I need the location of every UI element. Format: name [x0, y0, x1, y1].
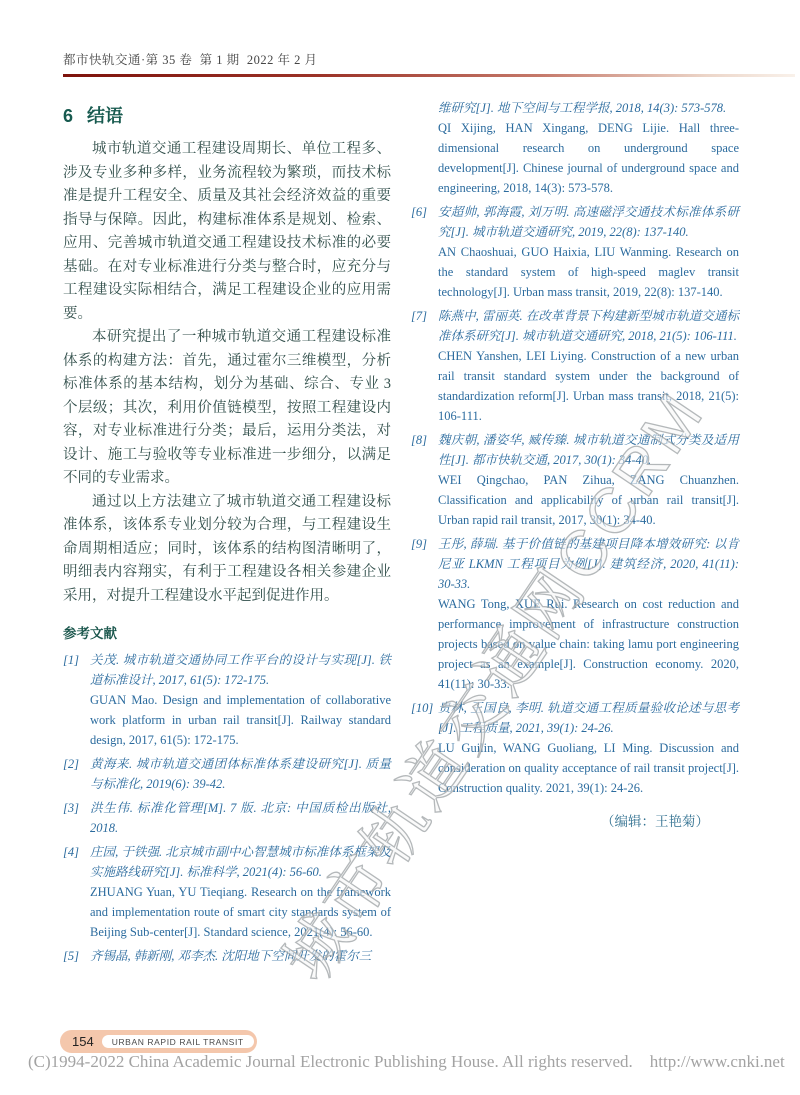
reference-item-continuation: 维研究[J]. 地下空间与工程学报, 2018, 14(3): 573-578.…: [411, 98, 739, 198]
reference-number: [3]: [63, 798, 90, 838]
reference-text: 魏庆朝, 潘姿华, 臧传臻. 城市轨道交通制式分类及适用性[J]. 都市快轨交通…: [438, 430, 739, 530]
reference-text-en: QI Xijing, HAN Xingang, DENG Lijie. Hall…: [438, 118, 739, 198]
reference-number: [4]: [63, 842, 90, 942]
section-number: 6: [63, 106, 73, 126]
reference-text-en: WEI Qingchao, PAN Zihua, ZANG Chuanzhen.…: [438, 470, 739, 530]
reference-text: 陈燕中, 雷丽英. 在改革背景下构建新型城市轨道交通标准体系研究[J]. 城市轨…: [438, 306, 739, 426]
reference-number: [10]: [411, 698, 438, 798]
reference-text-zh: 洪生伟. 标准化管理[M]. 7 版. 北京: 中国质检出版社, 2018.: [90, 798, 391, 838]
reference-text: 齐锡晶, 韩新刚, 邓李杰. 沈阳地下空间开发的霍尔三: [90, 946, 391, 966]
reference-text-zh: 王彤, 薛瑞. 基于价值链的基建项目降本增效研究: 以肯尼亚 LKMN 工程项目…: [438, 534, 739, 594]
reference-item: [8] 魏庆朝, 潘姿华, 臧传臻. 城市轨道交通制式分类及适用性[J]. 都市…: [411, 430, 739, 530]
reference-item: [6] 安超帅, 郭海霞, 刘万明. 高速磁浮交通技术标准体系研究[J]. 城市…: [411, 202, 739, 302]
reference-text-zh: 贵林, 王国良, 李明. 轨道交通工程质量验收论述与思考[J]. 工程质量, 2…: [438, 698, 739, 738]
reference-text-en: WANG Tong, XUE Rui. Research on cost red…: [438, 594, 739, 694]
reference-item: [1] 关茂. 城市轨道交通协同工作平台的设计与实现[J]. 铁道标准设计, 2…: [63, 650, 391, 750]
reference-text-zh: 齐锡晶, 韩新刚, 邓李杰. 沈阳地下空间开发的霍尔三: [90, 946, 391, 966]
copyright-line: (C)1994-2022 China Academic Journal Elec…: [28, 1052, 788, 1072]
reference-text: 黄海来. 城市轨道交通团体标准体系建设研究[J]. 质量与标准化, 2019(6…: [90, 754, 391, 794]
section-title-text: 结语: [87, 106, 123, 126]
reference-text-zh: 庄园, 于铁强. 北京城市副中心智慧城市标准体系框架及实施路线研究[J]. 标准…: [90, 842, 391, 882]
reference-text-zh: 安超帅, 郭海霞, 刘万明. 高速磁浮交通技术标准体系研究[J]. 城市轨道交通…: [438, 202, 739, 242]
header-rule-divider: [63, 74, 795, 77]
journal-name-label: URBAN RAPID RAIL TRANSIT: [102, 1035, 254, 1048]
right-column: 维研究[J]. 地下空间与工程学报, 2018, 14(3): 573-578.…: [411, 98, 739, 970]
page-number: 154: [60, 1034, 102, 1049]
reference-text-zh: 关茂. 城市轨道交通协同工作平台的设计与实现[J]. 铁道标准设计, 2017,…: [90, 650, 391, 690]
body-paragraph: 城市轨道交通工程建设周期长、单位工程多、涉及专业多种多样，业务流程较为繁琐，而技…: [63, 138, 391, 326]
reference-item: [5] 齐锡晶, 韩新刚, 邓李杰. 沈阳地下空间开发的霍尔三: [63, 946, 391, 966]
reference-number: [2]: [63, 754, 90, 794]
two-column-body: 6结语 城市轨道交通工程建设周期长、单位工程多、涉及专业多种多样，业务流程较为繁…: [63, 98, 739, 970]
reference-text: 庄园, 于铁强. 北京城市副中心智慧城市标准体系框架及实施路线研究[J]. 标准…: [90, 842, 391, 942]
reference-text: 洪生伟. 标准化管理[M]. 7 版. 北京: 中国质检出版社, 2018.: [90, 798, 391, 838]
reference-text-en: AN Chaoshuai, GUO Haixia, LIU Wanming. R…: [438, 242, 739, 302]
section-heading: 6结语: [63, 102, 391, 128]
reference-number: [9]: [411, 534, 438, 694]
reference-text-zh: 陈燕中, 雷丽英. 在改革背景下构建新型城市轨道交通标准体系研究[J]. 城市轨…: [438, 306, 739, 346]
left-column: 6结语 城市轨道交通工程建设周期长、单位工程多、涉及专业多种多样，业务流程较为繁…: [63, 98, 391, 970]
body-paragraph: 本研究提出了一种城市轨道交通工程建设标准体系的构建方法：首先，通过霍尔三维模型，…: [63, 326, 391, 491]
reference-item: [10] 贵林, 王国良, 李明. 轨道交通工程质量验收论述与思考[J]. 工程…: [411, 698, 739, 798]
reference-text-en: ZHUANG Yuan, YU Tieqiang. Research on th…: [90, 882, 391, 942]
reference-text-zh: 维研究[J]. 地下空间与工程学报, 2018, 14(3): 573-578.: [438, 98, 739, 118]
journal-header-line: 都市快轨交通·第 35 卷 第 1 期 2022 年 2 月: [63, 50, 318, 68]
reference-number: [411, 98, 438, 198]
page-number-badge: 154 URBAN RAPID RAIL TRANSIT: [60, 1030, 257, 1053]
reference-text: 贵林, 王国良, 李明. 轨道交通工程质量验收论述与思考[J]. 工程质量, 2…: [438, 698, 739, 798]
reference-text-zh: 黄海来. 城市轨道交通团体标准体系建设研究[J]. 质量与标准化, 2019(6…: [90, 754, 391, 794]
journal-page: 都市快轨交通·第 35 卷 第 1 期 2022 年 2 月 城市轨道交通网CC…: [0, 0, 800, 1095]
reference-number: [6]: [411, 202, 438, 302]
reference-item: [2] 黄海来. 城市轨道交通团体标准体系建设研究[J]. 质量与标准化, 20…: [63, 754, 391, 794]
reference-text-en: LU Guilin, WANG Guoliang, LI Ming. Discu…: [438, 738, 739, 798]
reference-text-en: GUAN Mao. Design and implementation of c…: [90, 690, 391, 750]
editor-credit: （编辑：王艳菊）: [411, 810, 739, 830]
reference-number: [7]: [411, 306, 438, 426]
reference-text-zh: 魏庆朝, 潘姿华, 臧传臻. 城市轨道交通制式分类及适用性[J]. 都市快轨交通…: [438, 430, 739, 470]
reference-text: 王彤, 薛瑞. 基于价值链的基建项目降本增效研究: 以肯尼亚 LKMN 工程项目…: [438, 534, 739, 694]
reference-item: [4] 庄园, 于铁强. 北京城市副中心智慧城市标准体系框架及实施路线研究[J]…: [63, 842, 391, 942]
reference-text: 关茂. 城市轨道交通协同工作平台的设计与实现[J]. 铁道标准设计, 2017,…: [90, 650, 391, 750]
reference-number: [5]: [63, 946, 90, 966]
reference-text: 维研究[J]. 地下空间与工程学报, 2018, 14(3): 573-578.…: [438, 98, 739, 198]
reference-text: 安超帅, 郭海霞, 刘万明. 高速磁浮交通技术标准体系研究[J]. 城市轨道交通…: [438, 202, 739, 302]
reference-text-en: CHEN Yanshen, LEI Liying. Construction o…: [438, 346, 739, 426]
body-paragraph: 通过以上方法建立了城市轨道交通工程建设标准体系，该体系专业划分较为合理，与工程建…: [63, 491, 391, 609]
reference-item: [9] 王彤, 薛瑞. 基于价值链的基建项目降本增效研究: 以肯尼亚 LKMN …: [411, 534, 739, 694]
reference-item: [3] 洪生伟. 标准化管理[M]. 7 版. 北京: 中国质检出版社, 201…: [63, 798, 391, 838]
reference-number: [8]: [411, 430, 438, 530]
reference-item: [7] 陈燕中, 雷丽英. 在改革背景下构建新型城市轨道交通标准体系研究[J].…: [411, 306, 739, 426]
references-heading: 参考文献: [63, 622, 391, 642]
reference-number: [1]: [63, 650, 90, 750]
